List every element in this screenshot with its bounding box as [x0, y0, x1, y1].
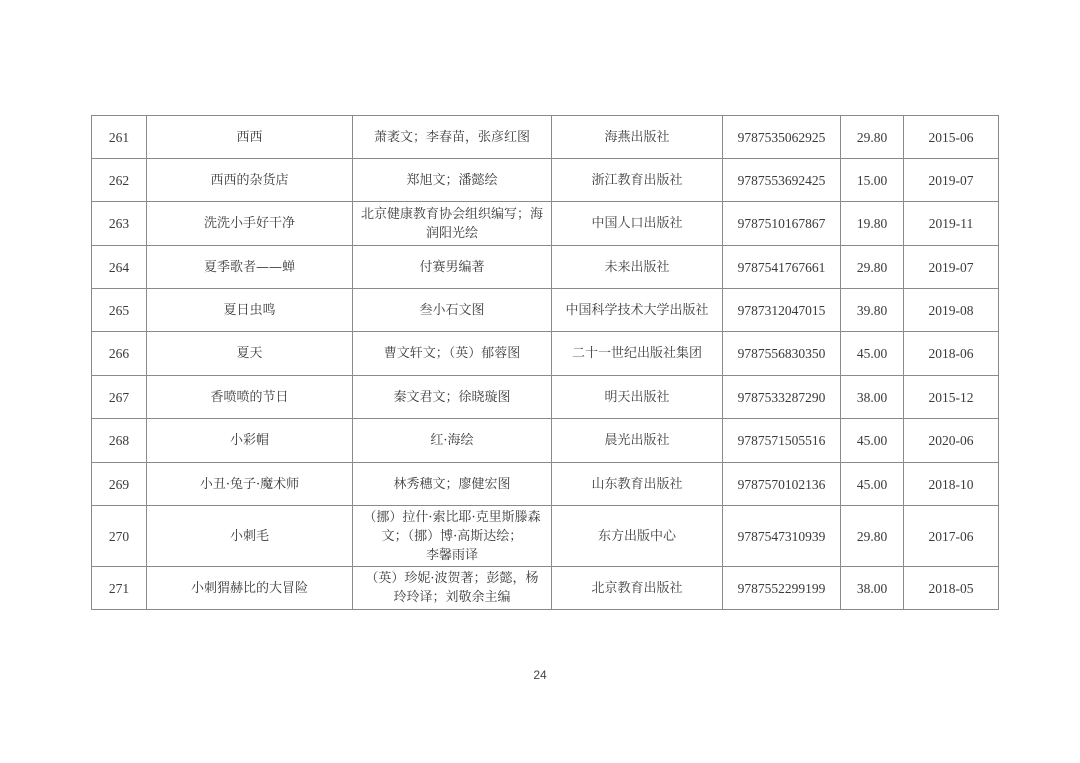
cell-date: 2015-12	[904, 376, 999, 419]
cell-date: 2018-05	[904, 567, 999, 610]
cell-date: 2019-08	[904, 289, 999, 332]
cell-price: 29.80	[841, 506, 904, 567]
author-line: 萧袤文；李春苗，张彦红图	[357, 128, 547, 147]
cell-index: 266	[92, 332, 147, 376]
cell-isbn: 9787541767661	[723, 246, 841, 289]
author-line: 文；（挪）博·高斯达绘；	[357, 527, 547, 546]
table-row: 267香喷喷的节日秦文君文；徐晓璇图明天出版社978753328729038.0…	[92, 376, 999, 419]
cell-author: 红·海绘	[353, 419, 552, 463]
cell-title: 小刺毛	[147, 506, 353, 567]
cell-author: （英）珍妮·波贺著；彭懿，杨玲玲译；刘敬余主编	[353, 567, 552, 610]
cell-publisher: 海燕出版社	[552, 116, 723, 159]
cell-publisher: 浙江教育出版社	[552, 159, 723, 202]
cell-publisher: 二十一世纪出版社集团	[552, 332, 723, 376]
author-line: 红·海绘	[357, 431, 547, 450]
table-row: 271小刺猬赫比的大冒险（英）珍妮·波贺著；彭懿，杨玲玲译；刘敬余主编北京教育出…	[92, 567, 999, 610]
cell-date: 2018-06	[904, 332, 999, 376]
cell-price: 29.80	[841, 246, 904, 289]
author-line: 郑旭文；潘懿绘	[357, 171, 547, 190]
cell-title: 香喷喷的节日	[147, 376, 353, 419]
cell-isbn: 9787571505516	[723, 419, 841, 463]
cell-date: 2019-11	[904, 202, 999, 246]
cell-price: 29.80	[841, 116, 904, 159]
cell-publisher: 未来出版社	[552, 246, 723, 289]
cell-author: 付赛男编著	[353, 246, 552, 289]
cell-index: 265	[92, 289, 147, 332]
cell-date: 2018-10	[904, 463, 999, 506]
cell-isbn: 9787535062925	[723, 116, 841, 159]
cell-author: 曹文轩文；（英）郁蓉图	[353, 332, 552, 376]
cell-price: 15.00	[841, 159, 904, 202]
cell-author: 秦文君文；徐晓璇图	[353, 376, 552, 419]
table-body: 261西西萧袤文；李春苗，张彦红图海燕出版社978753506292529.80…	[92, 116, 999, 610]
cell-date: 2015-06	[904, 116, 999, 159]
cell-isbn: 9787552299199	[723, 567, 841, 610]
book-list-table: 261西西萧袤文；李春苗，张彦红图海燕出版社978753506292529.80…	[91, 115, 999, 610]
cell-isbn: 9787553692425	[723, 159, 841, 202]
cell-index: 261	[92, 116, 147, 159]
author-line: （英）珍妮·波贺著；彭懿，杨	[357, 569, 547, 588]
table-row: 266夏天曹文轩文；（英）郁蓉图二十一世纪出版社集团97875568303504…	[92, 332, 999, 376]
cell-isbn: 9787556830350	[723, 332, 841, 376]
cell-title: 西西的杂货店	[147, 159, 353, 202]
cell-publisher: 北京教育出版社	[552, 567, 723, 610]
cell-index: 267	[92, 376, 147, 419]
cell-author: 林秀穗文；廖健宏图	[353, 463, 552, 506]
cell-publisher: 山东教育出版社	[552, 463, 723, 506]
cell-isbn: 9787570102136	[723, 463, 841, 506]
cell-publisher: 中国人口出版社	[552, 202, 723, 246]
author-line: 叁小石文图	[357, 301, 547, 320]
cell-index: 268	[92, 419, 147, 463]
cell-date: 2019-07	[904, 246, 999, 289]
cell-author: 萧袤文；李春苗，张彦红图	[353, 116, 552, 159]
cell-author: 北京健康教育协会组织编写；海润阳光绘	[353, 202, 552, 246]
cell-author: （挪）拉什·索比耶·克里斯滕森文；（挪）博·高斯达绘；李馨雨译	[353, 506, 552, 567]
table-row: 269小丑·兔子·魔术师林秀穗文；廖健宏图山东教育出版社978757010213…	[92, 463, 999, 506]
author-line: 秦文君文；徐晓璇图	[357, 388, 547, 407]
cell-title: 夏天	[147, 332, 353, 376]
cell-date: 2017-06	[904, 506, 999, 567]
author-line: 李馨雨译	[357, 546, 547, 565]
author-line: 玲玲译；刘敬余主编	[357, 588, 547, 607]
cell-publisher: 中国科学技术大学出版社	[552, 289, 723, 332]
table-row: 263洗洗小手好干净北京健康教育协会组织编写；海润阳光绘中国人口出版社97875…	[92, 202, 999, 246]
cell-isbn: 9787533287290	[723, 376, 841, 419]
cell-price: 45.00	[841, 463, 904, 506]
cell-index: 271	[92, 567, 147, 610]
cell-price: 19.80	[841, 202, 904, 246]
table-row: 264夏季歌者——蝉付赛男编著未来出版社978754176766129.8020…	[92, 246, 999, 289]
cell-author: 叁小石文图	[353, 289, 552, 332]
table-row: 268小彩帽红·海绘晨光出版社978757150551645.002020-06	[92, 419, 999, 463]
cell-title: 夏日虫鸣	[147, 289, 353, 332]
cell-title: 西西	[147, 116, 353, 159]
cell-title: 小丑·兔子·魔术师	[147, 463, 353, 506]
cell-price: 45.00	[841, 332, 904, 376]
cell-price: 39.80	[841, 289, 904, 332]
cell-publisher: 东方出版中心	[552, 506, 723, 567]
cell-isbn: 9787312047015	[723, 289, 841, 332]
cell-title: 夏季歌者——蝉	[147, 246, 353, 289]
author-line: 林秀穗文；廖健宏图	[357, 475, 547, 494]
author-line: （挪）拉什·索比耶·克里斯滕森	[357, 508, 547, 527]
author-line: 付赛男编著	[357, 258, 547, 277]
page-number: 24	[0, 668, 1080, 682]
cell-title: 小彩帽	[147, 419, 353, 463]
cell-title: 小刺猬赫比的大冒险	[147, 567, 353, 610]
cell-isbn: 9787547310939	[723, 506, 841, 567]
table-row: 270小刺毛（挪）拉什·索比耶·克里斯滕森文；（挪）博·高斯达绘；李馨雨译东方出…	[92, 506, 999, 567]
cell-price: 45.00	[841, 419, 904, 463]
cell-price: 38.00	[841, 567, 904, 610]
cell-publisher: 晨光出版社	[552, 419, 723, 463]
cell-title: 洗洗小手好干净	[147, 202, 353, 246]
author-line: 曹文轩文；（英）郁蓉图	[357, 344, 547, 363]
author-line: 润阳光绘	[357, 224, 547, 243]
cell-author: 郑旭文；潘懿绘	[353, 159, 552, 202]
cell-price: 38.00	[841, 376, 904, 419]
cell-index: 263	[92, 202, 147, 246]
table-row: 262西西的杂货店郑旭文；潘懿绘浙江教育出版社978755369242515.0…	[92, 159, 999, 202]
table-row: 261西西萧袤文；李春苗，张彦红图海燕出版社978753506292529.80…	[92, 116, 999, 159]
cell-isbn: 9787510167867	[723, 202, 841, 246]
cell-date: 2019-07	[904, 159, 999, 202]
cell-index: 269	[92, 463, 147, 506]
cell-publisher: 明天出版社	[552, 376, 723, 419]
cell-index: 270	[92, 506, 147, 567]
cell-date: 2020-06	[904, 419, 999, 463]
table-row: 265夏日虫鸣叁小石文图中国科学技术大学出版社978731204701539.8…	[92, 289, 999, 332]
cell-index: 262	[92, 159, 147, 202]
author-line: 北京健康教育协会组织编写；海	[357, 205, 547, 224]
cell-index: 264	[92, 246, 147, 289]
